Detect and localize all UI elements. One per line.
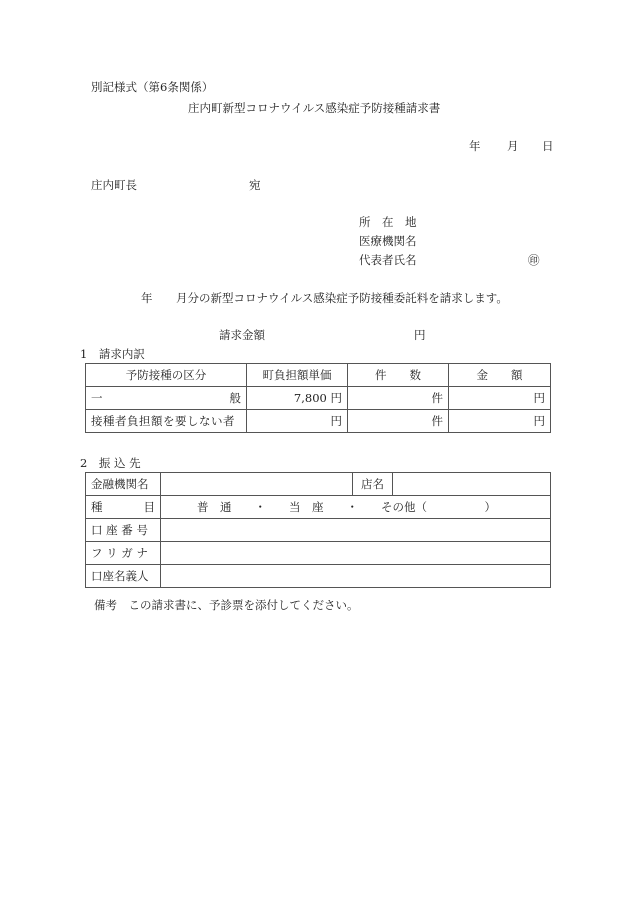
category-left: 一 [91,390,103,406]
column-header: 金 額 [449,364,551,387]
addressee-suffix: 宛 [249,177,261,193]
category-right: 般 [230,390,242,406]
date-year: 年 [469,138,481,154]
amount-cell[interactable]: 円 [449,387,551,410]
furigana-row: フ リ ガ ナ [86,542,551,565]
category-cell: 一 般 [86,387,247,410]
unit-price-cell[interactable]: 7,800 円 [247,387,348,410]
category-cell: 接種者負担額を要しない者 [86,410,247,433]
remarks-note: 備考 この請求書に、予診票を添付してください。 [94,597,359,613]
bank-label: 金融機関名 [86,473,161,496]
column-header: 予防接種の区分 [86,364,247,387]
bank-name-field[interactable] [161,473,353,496]
form-label: 別記様式（第6条関係） [91,79,213,95]
count-cell[interactable]: 件 [348,410,449,433]
addressee-name: 庄内町長 [91,177,137,193]
count-cell[interactable]: 件 [348,387,449,410]
table-row: 接種者負担額を要しない者 円 件 円 [86,410,551,433]
account-type-label-right: 目 [144,499,156,515]
account-number-row: 口 座 番 号 [86,519,551,542]
furigana-field[interactable] [161,542,551,565]
statement-text: 月分の新型コロナウイルス感染症予防接種委託料を請求します。 [176,290,508,306]
representative-label: 代表者氏名 [359,252,417,268]
table-row: 一 般 7,800 円 件 円 [86,387,551,410]
account-type-label-left: 種 [91,499,103,515]
account-holder-label: 口座名義人 [86,565,161,588]
date-day: 日 [542,138,554,154]
furigana-label: フ リ ガ ナ [86,542,161,565]
billing-breakdown-table: 予防接種の区分 町負担額単価 件 数 金 額 一 般 7,800 円 件 円 接… [85,363,551,433]
total-label: 請求金額 [219,327,265,343]
account-holder-field[interactable] [161,565,551,588]
column-header: 町負担額単価 [247,364,348,387]
column-header: 件 数 [348,364,449,387]
account-type-options[interactable]: 普 通 ・ 当 座 ・ その他（ ） [161,496,551,519]
document-title: 庄内町新型コロナウイルス感染症予防接種請求書 [188,100,440,116]
section1-heading: 1 請求内訳 [80,346,145,362]
amount-cell[interactable]: 円 [449,410,551,433]
bank-transfer-table: 金融機関名 店名 種 目 普 通 ・ 当 座 ・ その他（ ） 口 座 番 号 … [85,472,551,588]
account-number-field[interactable] [161,519,551,542]
institution-label: 医療機関名 [359,233,417,249]
branch-label: 店名 [353,473,393,496]
account-type-label-cell: 種 目 [86,496,161,519]
address-label: 所 在 地 [359,214,417,230]
branch-name-field[interactable] [393,473,551,496]
account-type-row: 種 目 普 通 ・ 当 座 ・ その他（ ） [86,496,551,519]
date-month: 月 [507,138,519,154]
account-holder-row: 口座名義人 [86,565,551,588]
statement-year: 年 [141,290,153,306]
account-number-label: 口 座 番 号 [86,519,161,542]
table-header-row: 予防接種の区分 町負担額単価 件 数 金 額 [86,364,551,387]
seal-icon: ㊞ [528,252,540,268]
unit-price-cell[interactable]: 円 [247,410,348,433]
section2-heading: 2 振 込 先 [80,455,141,471]
bank-row: 金融機関名 店名 [86,473,551,496]
total-unit: 円 [414,327,426,343]
